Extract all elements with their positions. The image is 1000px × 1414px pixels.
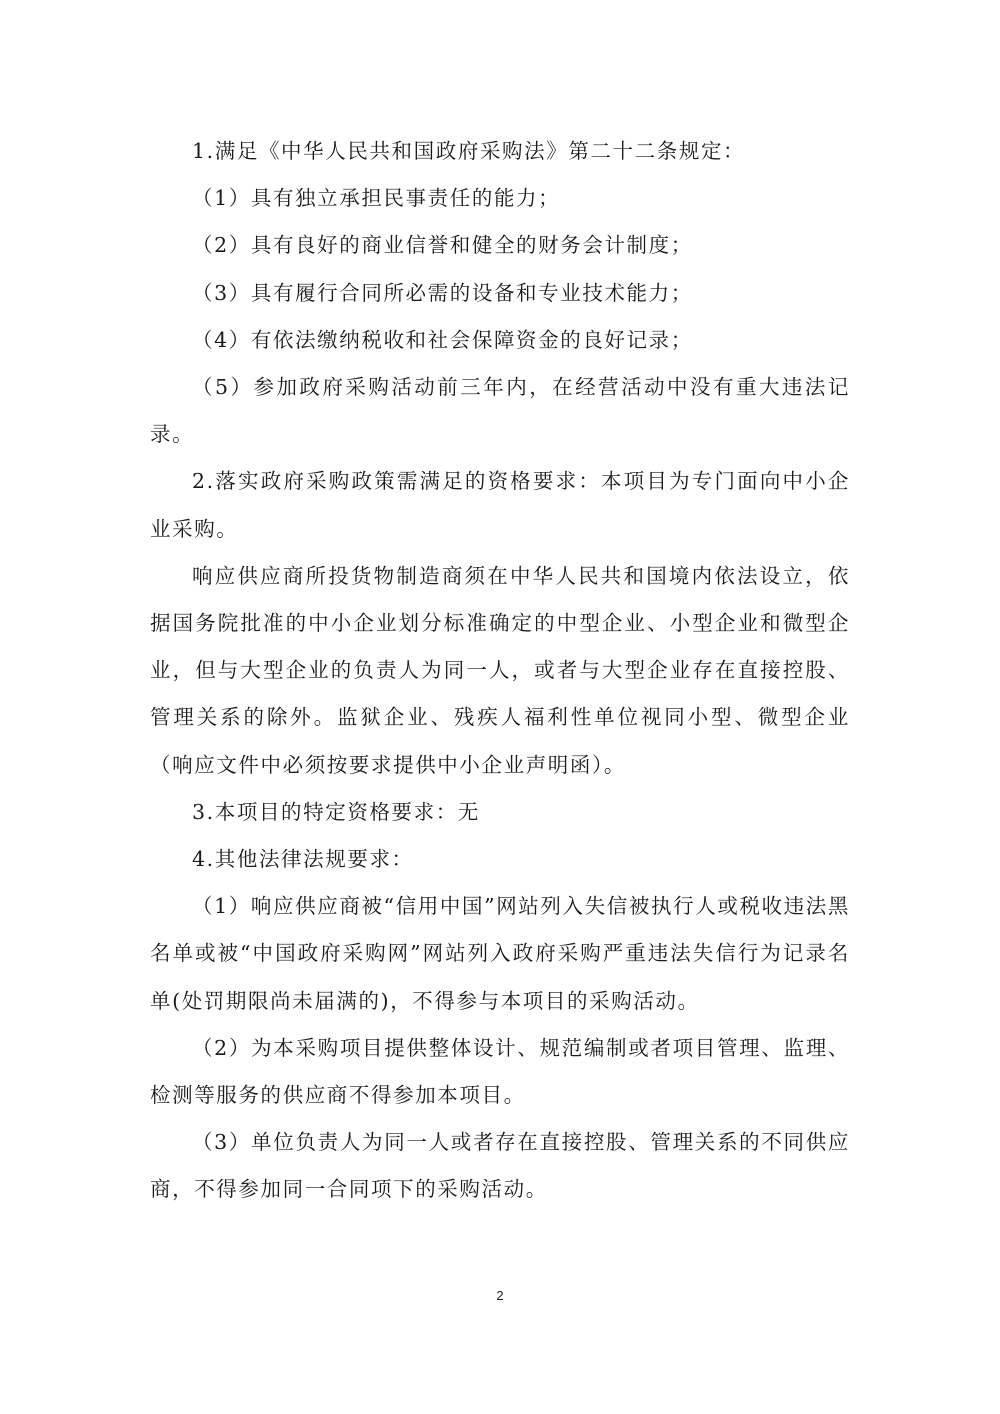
clause-1-item-2: （2）具有良好的商业信誉和健全的财务会计制度；: [150, 222, 850, 269]
clause-3-heading: 3.本项目的特定资格要求：无: [150, 789, 850, 836]
clause-4-heading: 4.其他法律法规要求：: [150, 836, 850, 883]
clause-4-item-2: （2）为本采购项目提供整体设计、规范编制或者项目管理、监理、检测等服务的供应商不…: [150, 1025, 850, 1119]
document-body: 1.满足《中华人民共和国政府采购法》第二十二条规定： （1）具有独立承担民事责任…: [150, 128, 850, 1214]
clause-1-heading: 1.满足《中华人民共和国政府采购法》第二十二条规定：: [150, 128, 850, 175]
clause-4-item-3: （3）单位负责人为同一人或者存在直接控股、管理关系的不同供应商，不得参加同一合同…: [150, 1119, 850, 1213]
clause-1-item-3: （3）具有履行合同所必需的设备和专业技术能力；: [150, 270, 850, 317]
clause-1-item-5: （5）参加政府采购活动前三年内，在经营活动中没有重大违法记录。: [150, 364, 850, 458]
clause-1-item-4: （4）有依法缴纳税收和社会保障资金的良好记录；: [150, 317, 850, 364]
document-page: 1.满足《中华人民共和国政府采购法》第二十二条规定： （1）具有独立承担民事责任…: [0, 0, 1000, 1414]
page-number: 2: [0, 1288, 1000, 1303]
clause-2-detail: 响应供应商所投货物制造商须在中华人民共和国境内依法设立，依据国务院批准的中小企业…: [150, 553, 850, 789]
clause-1-item-1: （1）具有独立承担民事责任的能力；: [150, 175, 850, 222]
clause-4-item-1: （1）响应供应商被“信用中国”网站列入失信被执行人或税收违法黑名单或被“中国政府…: [150, 883, 850, 1025]
clause-2-heading: 2.落实政府采购政策需满足的资格要求：本项目为专门面向中小企业采购。: [150, 458, 850, 552]
